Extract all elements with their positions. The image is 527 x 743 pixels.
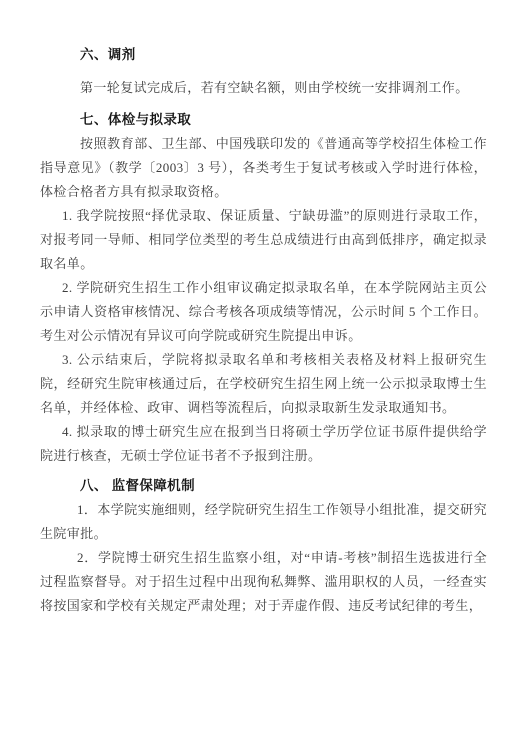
- section-heading-7-physical-exam-admission: 七、体检与拟录取: [40, 108, 487, 132]
- paragraph-7-intro: 按照教育部、卫生部、中国残联印发的《普通高等学校招生体检工作指导意见》（教学〔2…: [40, 132, 487, 204]
- paragraph-7-item-1: 1. 我学院按照“择优录取、保证质量、宁缺毋滥”的原则进行录取工作，对报考同一导…: [40, 204, 487, 276]
- paragraph-7-item-2: 2. 学院研究生招生工作小组审议确定拟录取名单，在本学院网站主页公示申请人资格审…: [40, 276, 487, 348]
- document-body: 六、调剂 第一轮复试完成后，若有空缺名额，则由学校统一安排调剂工作。 七、体检与…: [40, 43, 487, 618]
- section-heading-6-tiaoji: 六、调剂: [40, 43, 487, 67]
- paragraph-6-1: 第一轮复试完成后，若有空缺名额，则由学校统一安排调剂工作。: [40, 76, 487, 100]
- document-page: 六、调剂 第一轮复试完成后，若有空缺名额，则由学校统一安排调剂工作。 七、体检与…: [0, 0, 527, 743]
- paragraph-7-item-3: 3. 公示结束后，学院将拟录取名单和考核相关表格及材料上报研究生院，经研究生院审…: [40, 348, 487, 420]
- paragraph-8-item-2: 2．学院博士研究生招生监察小组，对“申请-考核”制招生选拔进行全过程监察督导。对…: [40, 546, 487, 618]
- section-heading-8-supervision-mechanism: 八、 监督保障机制: [40, 474, 487, 498]
- paragraph-7-item-4: 4. 拟录取的博士研究生应在报到当日将硕士学历学位证书原件提供给学院进行核查，无…: [40, 420, 487, 468]
- paragraph-8-item-1: 1．本学院实施细则，经学院研究生招生工作领导小组批准，提交研究生院审批。: [40, 498, 487, 546]
